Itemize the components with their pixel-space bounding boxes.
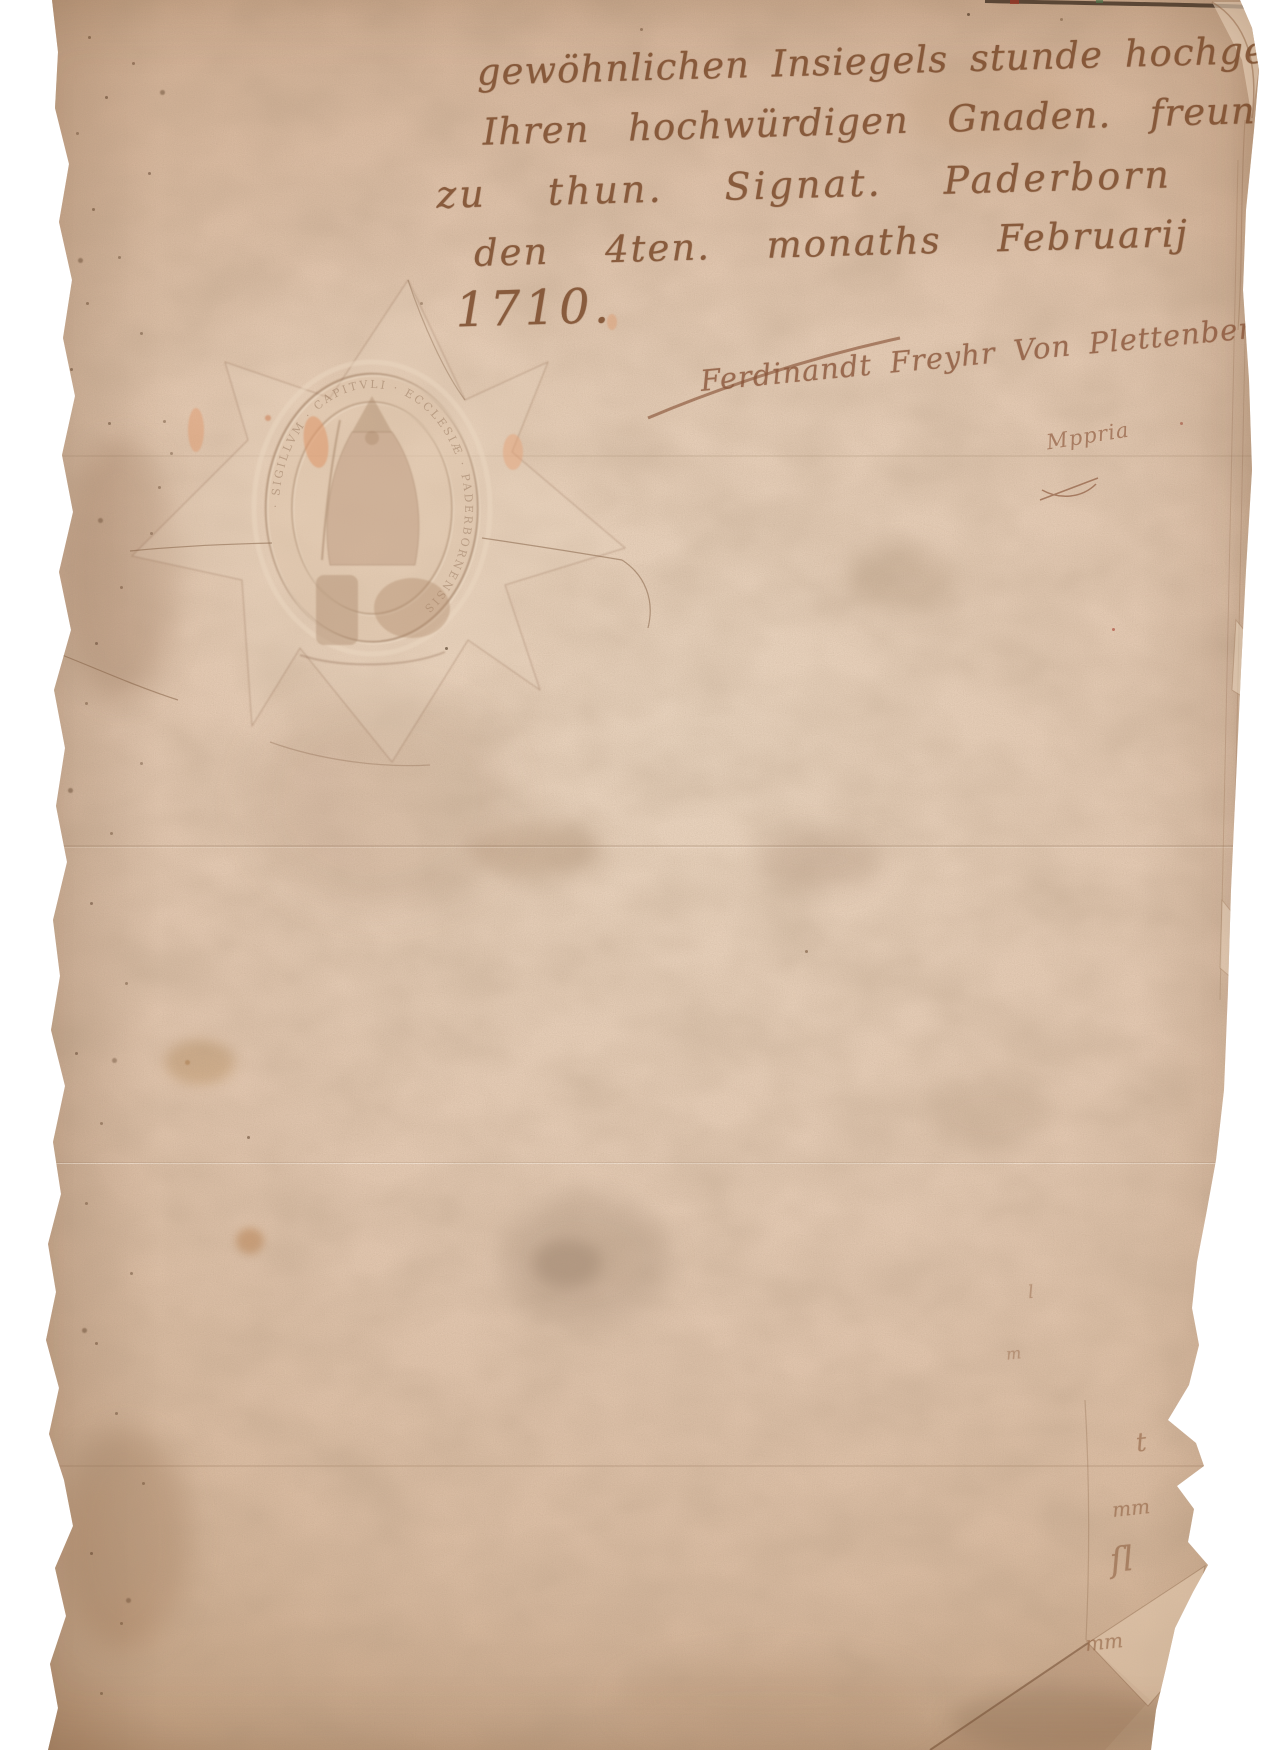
marginal-ink-fragment: m	[1005, 1343, 1022, 1363]
marginal-ink-fragment: t	[1230, 1172, 1244, 1203]
scan-artifact-green	[1096, 0, 1103, 3]
marginal-ink-fragment: ſl	[1108, 1539, 1136, 1581]
scan-artifact-red	[8, 0, 15, 5]
scan-background: · SIGILLVM · CAPITVLI · ECCLESIÆ · PADER…	[0, 0, 1275, 1750]
foxing-speckles	[0, 0, 5, 5]
marginal-ink-fragment: mm	[1111, 1494, 1151, 1522]
marginal-ink-fragment: mm	[1084, 1628, 1124, 1656]
manuscript-page: · SIGILLVM · CAPITVLI · ECCLESIÆ · PADER…	[0, 0, 1275, 1750]
scan-artifact-red	[1010, 0, 1019, 4]
marginal-ink-fragment: m	[1177, 1401, 1196, 1424]
foxing-speckles	[0, 0, 3, 3]
marginal-ink-fragment: m	[1209, 1243, 1230, 1269]
handwriting-block: gewöhnlichen Insiegels stunde hochgedt. …	[432, 23, 1200, 338]
marginal-ink-fragment: ll	[1214, 1289, 1235, 1324]
